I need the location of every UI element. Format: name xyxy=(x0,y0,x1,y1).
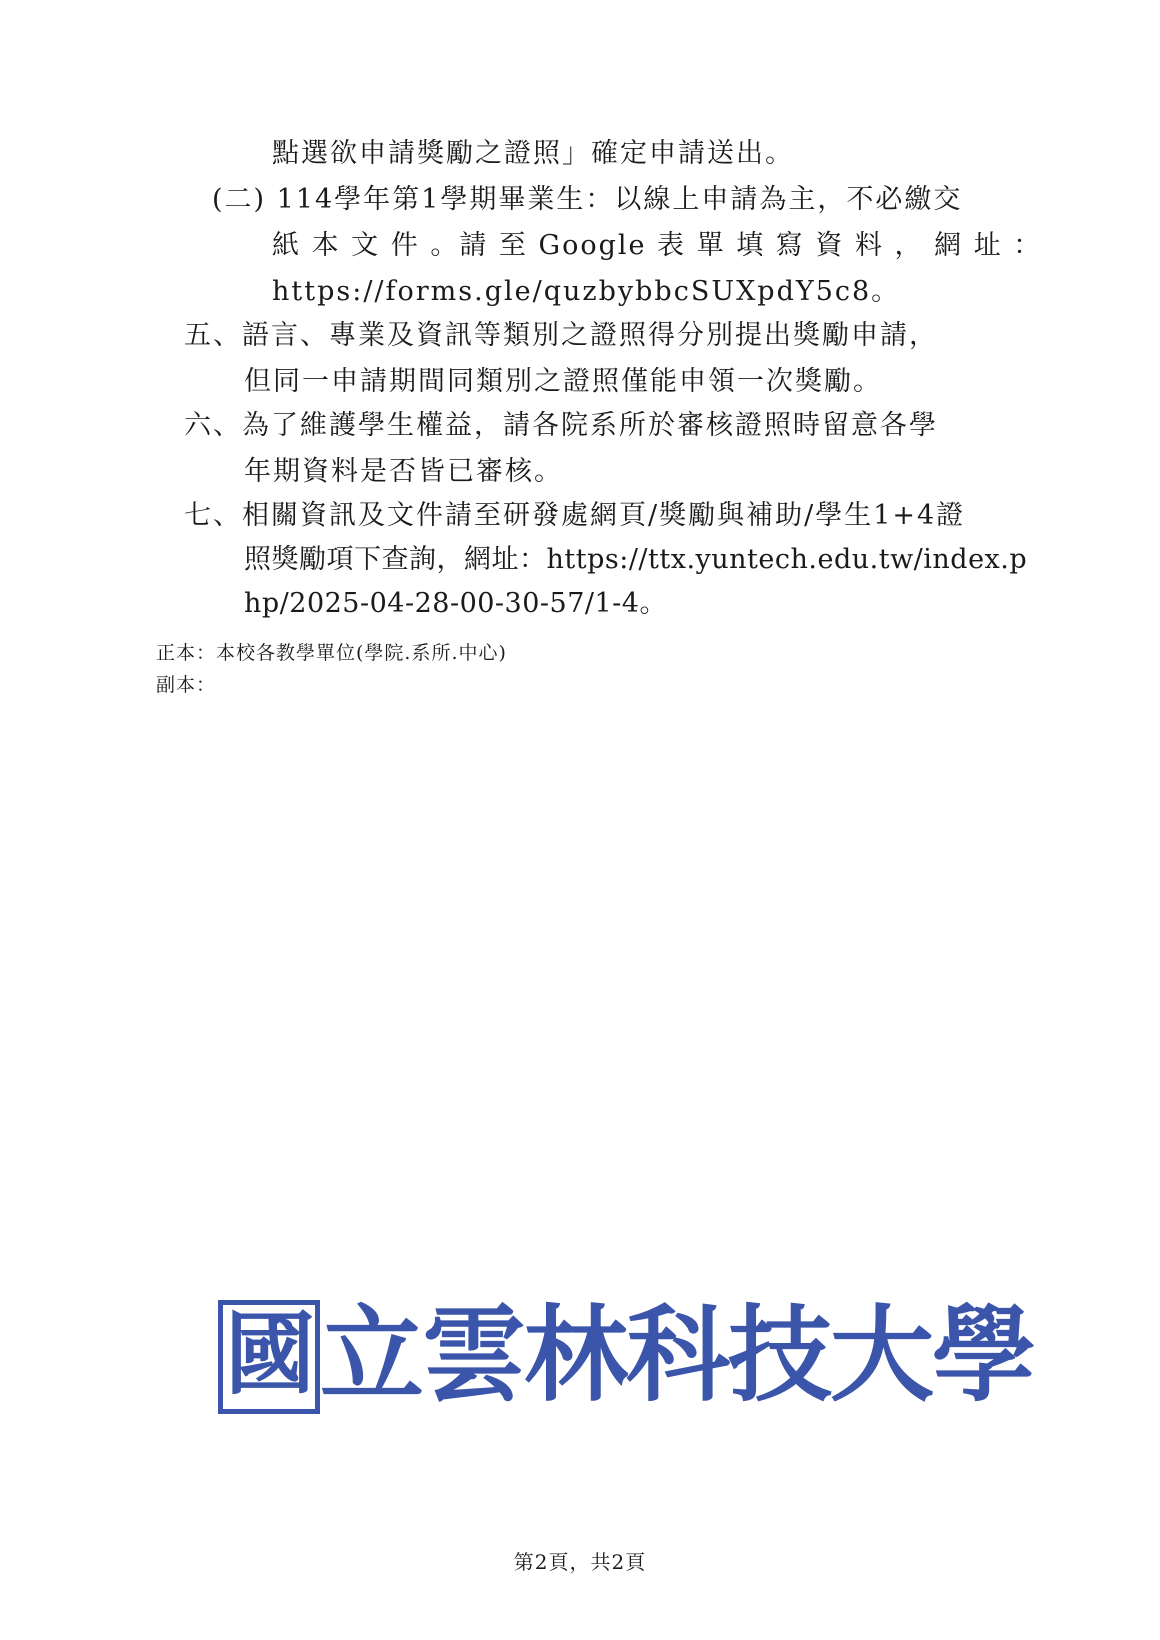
original-recipient: 正本：本校各教學單位(學院.系所.中心) xyxy=(156,640,507,666)
stamp-first-char: 國 xyxy=(218,1300,320,1414)
forms-url-line: https://forms.gle/quzbybbcSUXpdY5c8。 xyxy=(272,274,900,310)
page-number: 第2頁，共2頁 xyxy=(0,1548,1160,1576)
body-line: 點選欲申請獎勵之證照」確定申請送出。 xyxy=(272,136,794,172)
body-line: 六、為了維護學生權益，請各院系所於審核證照時留意各學 xyxy=(184,408,938,444)
university-seal-stamp: 國立雲林科技大學 xyxy=(218,1296,1034,1414)
website-url-line: 照獎勵項下查詢，網址：https://ttx.yuntech.edu.tw/in… xyxy=(244,542,1027,578)
document-page: 點選欲申請獎勵之證照」確定申請送出。 (二) 114學年第1學期畢業生：以線上申… xyxy=(0,0,1160,1640)
body-line: (二) 114學年第1學期畢業生：以線上申請為主，不必繳交 xyxy=(212,182,962,218)
body-line: 紙 本 文 件 。請 至 Google 表 單 填 寫 資 料 ， 網 址 ： xyxy=(272,228,1042,264)
stamp-rest: 立雲林科技大學 xyxy=(320,1294,1034,1416)
body-line: 五、語言、專業及資訊等類別之證照得分別提出獎勵申請， xyxy=(184,318,938,354)
body-line: 但同一申請期間同類別之證照僅能申領一次獎勵。 xyxy=(244,364,882,400)
website-url-line: hp/2025-04-28-00-30-57/1-4。 xyxy=(244,586,667,622)
body-line: 七、相關資訊及文件請至研發處網頁/獎勵與補助/學生1+4證 xyxy=(184,498,965,534)
body-line: 年期資料是否皆已審核。 xyxy=(244,454,563,490)
copy-recipient: 副本： xyxy=(156,672,216,698)
